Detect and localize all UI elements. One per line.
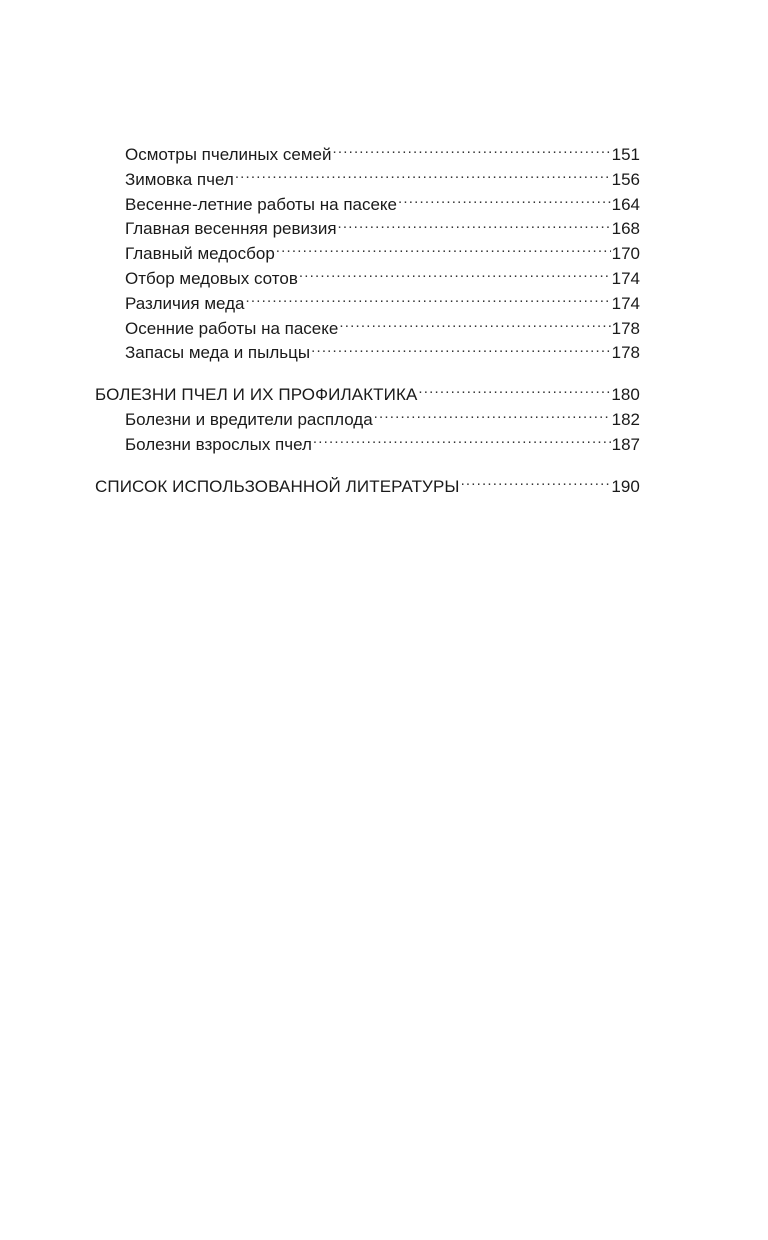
toc-entry-page: 174 [612, 292, 640, 317]
toc-entry-title: Различия меда [125, 292, 244, 317]
toc-entry-title: Осенние работы на пасеке [125, 317, 338, 342]
toc-entry[interactable]: Болезни и вредители расплода 182 [95, 408, 640, 433]
toc-entry[interactable]: Отбор медовых сотов 174 [95, 267, 640, 292]
dot-leader [299, 267, 611, 284]
dot-leader [374, 408, 611, 425]
dot-leader [339, 317, 610, 334]
toc-section-entry[interactable]: БОЛЕЗНИ ПЧЕЛ И ИХ ПРОФИЛАКТИКА 180 [95, 383, 640, 408]
toc-entry-page: 168 [612, 217, 640, 242]
dot-leader [332, 143, 610, 160]
toc-section-title: СПИСОК ИСПОЛЬЗОВАННОЙ ЛИТЕРАТУРЫ [95, 475, 460, 500]
toc-entry[interactable]: Осмотры пчелиных семей 151 [95, 143, 640, 168]
table-of-contents: Осмотры пчелиных семей 151 Зимовка пчел … [95, 143, 640, 499]
toc-section-title: БОЛЕЗНИ ПЧЕЛ И ИХ ПРОФИЛАКТИКА [95, 383, 417, 408]
toc-entry-page: 170 [612, 242, 640, 267]
toc-entry-page: 156 [612, 168, 640, 193]
dot-leader [235, 168, 611, 185]
toc-entry-title: Болезни и вредители расплода [125, 408, 373, 433]
toc-entry-title: Болезни взрослых пчел [125, 433, 312, 458]
toc-entry-page: 180 [611, 383, 640, 408]
dot-leader [418, 383, 610, 400]
toc-entry[interactable]: Зимовка пчел 156 [95, 168, 640, 193]
toc-entry-title: Осмотры пчелиных семей [125, 143, 331, 168]
toc-entry[interactable]: Осенние работы на пасеке 178 [95, 317, 640, 342]
toc-entry-title: Отбор медовых сотов [125, 267, 298, 292]
toc-entry-page: 190 [611, 475, 640, 500]
toc-entry-page: 174 [612, 267, 640, 292]
toc-entry-title: Весенне-летние работы на пасеке [125, 193, 397, 218]
toc-entry-title: Запасы меда и пыльцы [125, 341, 310, 366]
toc-entry[interactable]: Запасы меда и пыльцы 178 [95, 341, 640, 366]
dot-leader [245, 292, 610, 309]
toc-entry[interactable]: Болезни взрослых пчел 187 [95, 433, 640, 458]
toc-entry-title: Главная весенняя ревизия [125, 217, 337, 242]
toc-entry-title: Зимовка пчел [125, 168, 234, 193]
toc-entry-page: 182 [612, 408, 640, 433]
dot-leader [311, 341, 611, 358]
toc-entry[interactable]: Весенне-летние работы на пасеке 164 [95, 193, 640, 218]
toc-entry-page: 178 [612, 317, 640, 342]
toc-entry-page: 164 [612, 193, 640, 218]
dot-leader [313, 433, 611, 450]
toc-entry-page: 187 [612, 433, 640, 458]
dot-leader [338, 217, 611, 234]
toc-entry[interactable]: Главный медосбор 170 [95, 242, 640, 267]
dot-leader [276, 242, 611, 259]
toc-section-entry[interactable]: СПИСОК ИСПОЛЬЗОВАННОЙ ЛИТЕРАТУРЫ 190 [95, 475, 640, 500]
dot-leader [398, 193, 611, 210]
toc-entry-title: Главный медосбор [125, 242, 275, 267]
toc-entry[interactable]: Главная весенняя ревизия 168 [95, 217, 640, 242]
toc-entry-page: 178 [612, 341, 640, 366]
toc-entry-page: 151 [612, 143, 640, 168]
dot-leader [461, 475, 611, 492]
toc-entry[interactable]: Различия меда 174 [95, 292, 640, 317]
